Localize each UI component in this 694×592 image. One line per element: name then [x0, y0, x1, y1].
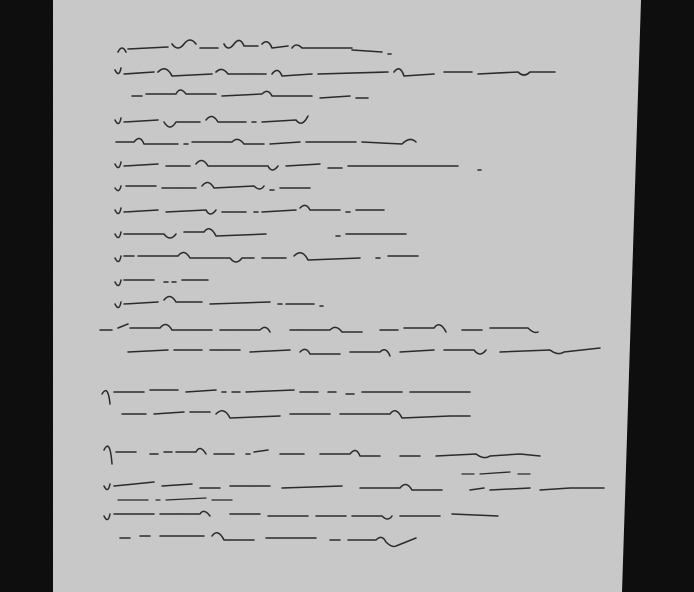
manuscript-line: Ⴕ messire Jeffroiz de Ligne le porsa en … — [115, 62, 555, 84]
manuscript-line: Ⴕ lhospital delle Johan dehors donne le … — [104, 506, 544, 528]
manuscript-line: Ⴕ espris . x ancl . — [115, 270, 285, 292]
manuscript-line: Ⴕ messire Gerars de nulo a x arsores sor… — [100, 380, 580, 402]
manuscript-line: Ⴕ le duc de borbon le bon sire. — [118, 38, 380, 60]
manuscript-line: ont auoit refus qil le pourduces mar ouv… — [122, 402, 492, 424]
manuscript-line: Ⴕ messire Rhoiz de Lignuel le pudius - u… — [115, 154, 495, 176]
manuscript-line: Ⴕ chon . m . vij . deptis acheut . orqui… — [104, 442, 574, 464]
manuscript-line: — Ⴕ messire hugo damgnale en prive un si… — [100, 316, 530, 338]
manuscript-line: Ⴕ messire Gauchs de Ger . x ancl — [115, 199, 385, 221]
manuscript-line: x sarher qil auet pandut a son col. — [132, 86, 372, 108]
manuscript-photo: Ⴕ le duc de borbon le bon sire. Ⴕ messir… — [0, 0, 694, 592]
manuscript-line: Ⴕ le borghois . lessuvaride qil auet pro… — [116, 130, 456, 152]
manuscript-line: auoit donne son bon ouure . a lancl qil … — [128, 340, 598, 362]
manuscript-line: Ⴕ messire rheiz de monones . x ancl — [115, 176, 375, 198]
manuscript-line: Ⴕ messire henri de chevronne . x ancl — [115, 246, 425, 268]
manuscript-line: Ⴕ messire Ronny de pagun x ouvrage — [115, 110, 355, 132]
manuscript-line: a ouz heriures henri de conflans au cond… — [120, 528, 450, 550]
manuscript-line: Ⴕ messire hugo damgnale . x ancl . — [115, 292, 395, 314]
manuscript-line: Ⴕ messire guy de chamonne . x ancl — [115, 222, 405, 244]
